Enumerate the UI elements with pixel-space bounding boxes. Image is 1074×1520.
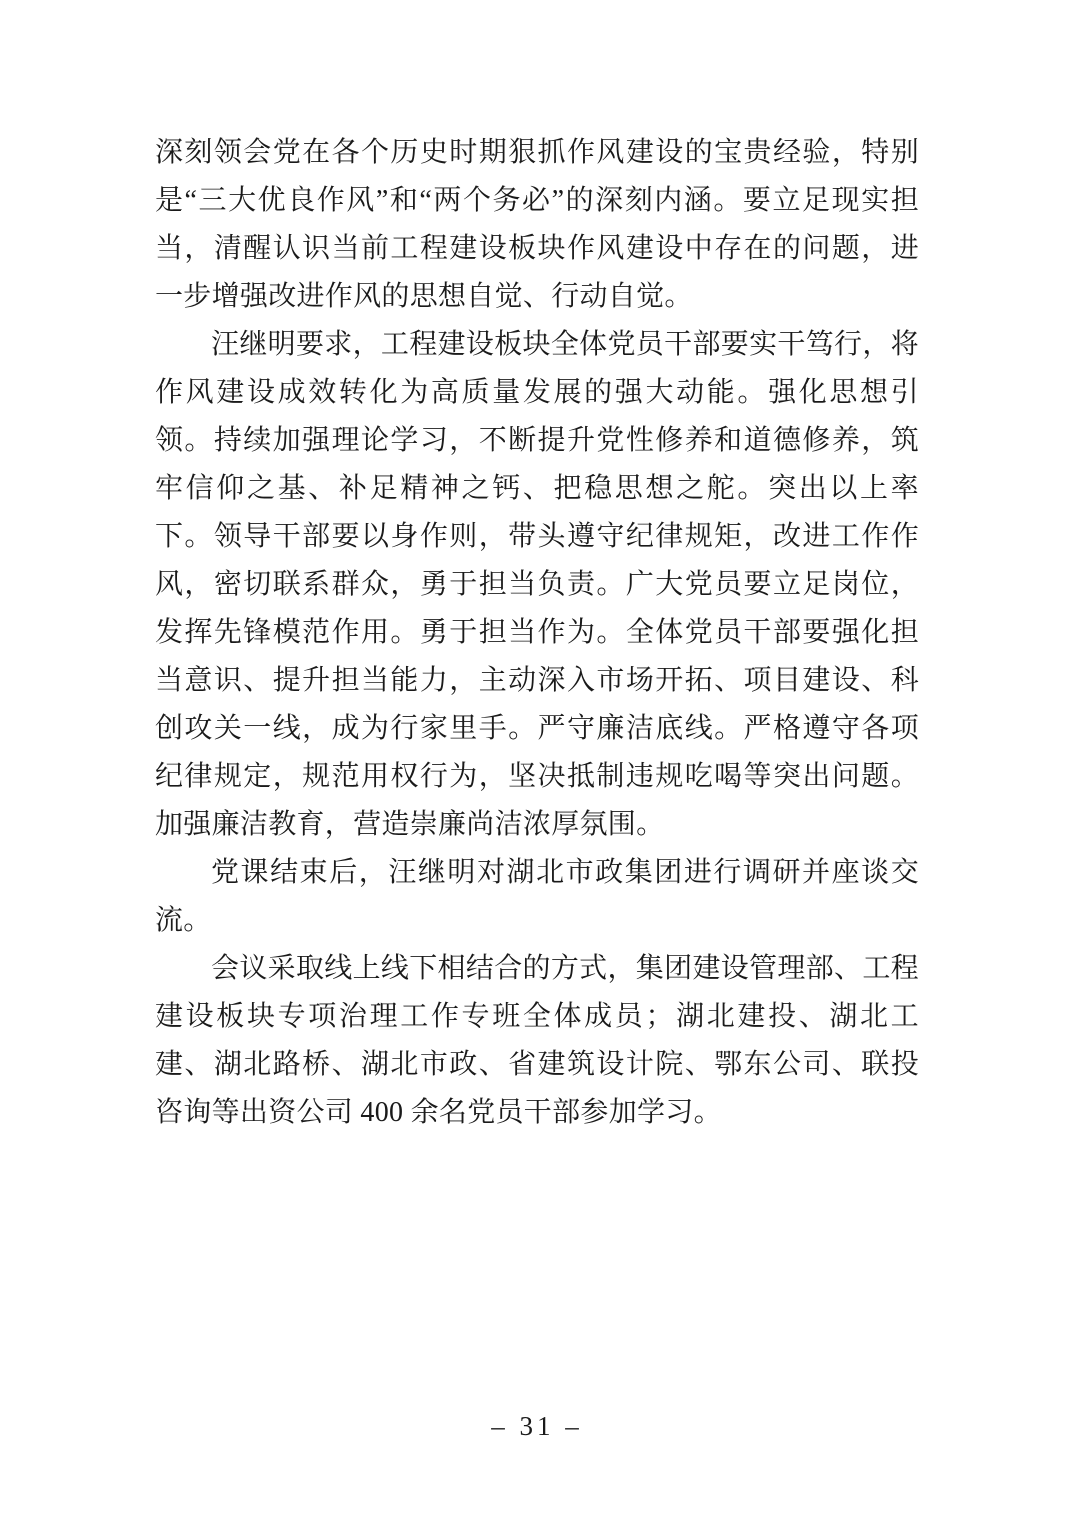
page-number: – 31 –: [0, 1406, 1074, 1446]
document-page: 深刻领会党在各个历史时期狠抓作风建设的宝贵经验，特别是“三大优良作风”和“两个务…: [0, 0, 1074, 1520]
paragraph-requirements: 汪继明要求，工程建设板块全体党员干部要实干笃行，将作风建设成效转化为高质量发展的…: [155, 321, 919, 849]
paragraph-continuation: 深刻领会党在各个历史时期狠抓作风建设的宝贵经验，特别是“三大优良作风”和“两个务…: [155, 129, 919, 321]
paragraph-attendees: 会议采取线上线下相结合的方式，集团建设管理部、工程建设板块专项治理工作专班全体成…: [155, 945, 919, 1137]
paragraph-research-visit: 党课结束后，汪继明对湖北市政集团进行调研并座谈交流。: [155, 849, 919, 945]
document-body: 深刻领会党在各个历史时期狠抓作风建设的宝贵经验，特别是“三大优良作风”和“两个务…: [155, 129, 919, 1137]
